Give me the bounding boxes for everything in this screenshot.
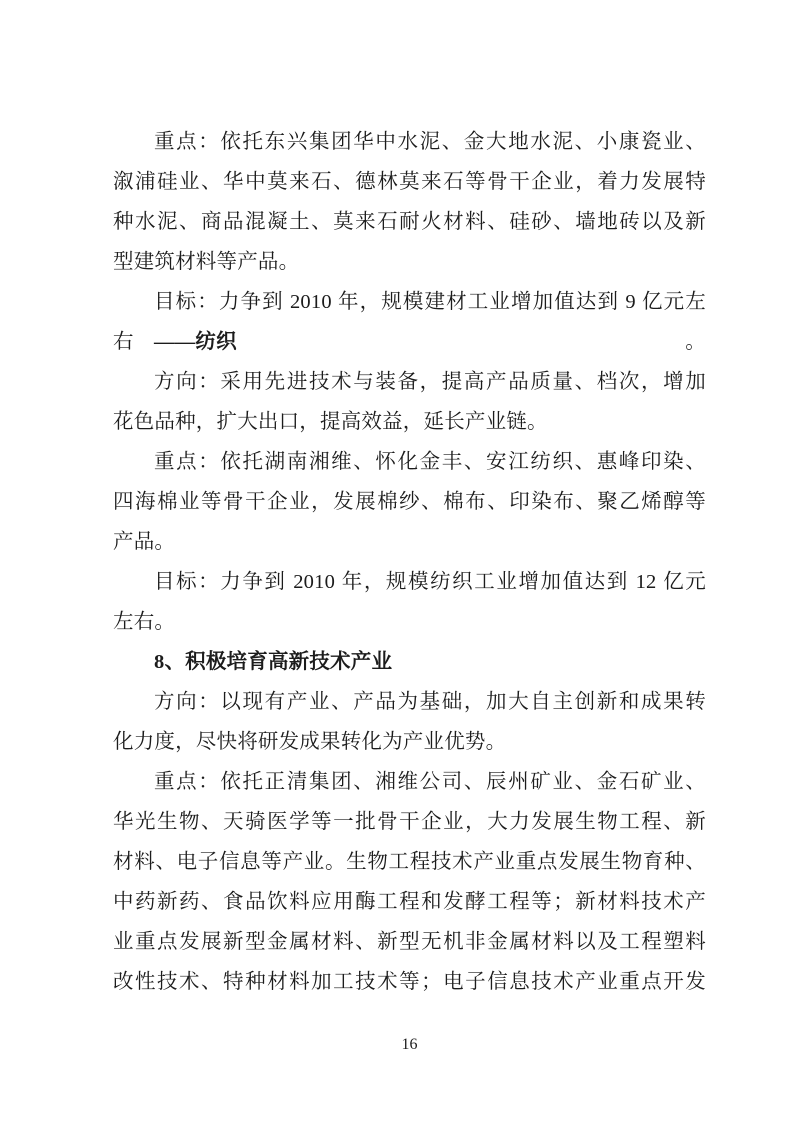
page-number: 16 [113,1034,706,1056]
heading-hightech-industry: 8、积极培育高新技术产业 [113,642,706,682]
paragraph-textile-focus: 重点：依托湖南湘维、怀化金丰、安江纺织、惠峰印染、 四海棉业等骨干企业，发展棉纱… [113,442,706,562]
text-line: 目标：力争到 2010 年，规模建材工业增加值达到 9 亿元左右。 [113,282,706,322]
text-line: 方向：以现有产业、产品为基础，加大自主创新和成果转 [113,682,706,722]
paragraph-textile-direction: 方向：采用先进技术与装备，提高产品质量、档次，增加 花色品种，扩大出口，提高效益… [113,362,706,442]
text-line: 四海棉业等骨干企业，发展棉纱、棉布、印染布、聚乙烯醇等 [113,482,706,522]
text-line: 重点：依托湖南湘维、怀化金丰、安江纺织、惠峰印染、 [113,442,706,482]
paragraph-hightech-direction: 方向：以现有产业、产品为基础，加大自主创新和成果转 化力度，尽快将研发成果转化为… [113,682,706,762]
text-line: 材料、电子信息等产业。生物工程技术产业重点发展生物育种、 [113,842,706,882]
heading-text: 8、积极培育高新技术产业 [113,642,706,682]
text-line: 重点：依托正清集团、湘维公司、辰州矿业、金石矿业、 [113,762,706,802]
text-line: 方向：采用先进技术与装备，提高产品质量、档次，增加 [113,362,706,402]
paragraph-building-materials-focus: 重点：依托东兴集团华中水泥、金大地水泥、小康瓷业、 溆浦硅业、华中莫来石、德林莫… [113,122,706,282]
paragraph-hightech-focus: 重点：依托正清集团、湘维公司、辰州矿业、金石矿业、 华光生物、天骑医学等一批骨干… [113,762,706,1002]
text-line: 花色品种，扩大出口，提高效益，延长产业链。 [113,402,706,442]
text-line: 溆浦硅业、华中莫来石、德林莫来石等骨干企业，着力发展特 [113,162,706,202]
paragraph-textile-target: 目标：力争到 2010 年，规模纺织工业增加值达到 12 亿元 左右。 [113,562,706,642]
text-line: 型建筑材料等产品。 [113,242,706,282]
text-line: 重点：依托东兴集团华中水泥、金大地水泥、小康瓷业、 [113,122,706,162]
document-body: 重点：依托东兴集团华中水泥、金大地水泥、小康瓷业、 溆浦硅业、华中莫来石、德林莫… [113,122,706,1002]
text-line: 种水泥、商品混凝土、莫来石耐火材料、硅砂、墙地砖以及新 [113,202,706,242]
paragraph-building-materials-target: 目标：力争到 2010 年，规模建材工业增加值达到 9 亿元左右。 [113,282,706,322]
text-line: 目标：力争到 2010 年，规模纺织工业增加值达到 12 亿元 [113,562,706,602]
text-line: 改性技术、特种材料加工技术等；电子信息技术产业重点开发 [113,962,706,1002]
text-line: 业重点发展新型金属材料、新型无机非金属材料以及工程塑料 [113,922,706,962]
document-page: { "page": { "number": "16" }, "document"… [0,0,793,1122]
text-line: 产品。 [113,522,706,562]
text-line: 中药新药、食品饮料应用酶工程和发酵工程等；新材料技术产 [113,882,706,922]
text-line: 左右。 [113,602,706,642]
text-line: 化力度，尽快将研发成果转化为产业优势。 [113,722,706,762]
text-line: 华光生物、天骑医学等一批骨干企业，大力发展生物工程、新 [113,802,706,842]
